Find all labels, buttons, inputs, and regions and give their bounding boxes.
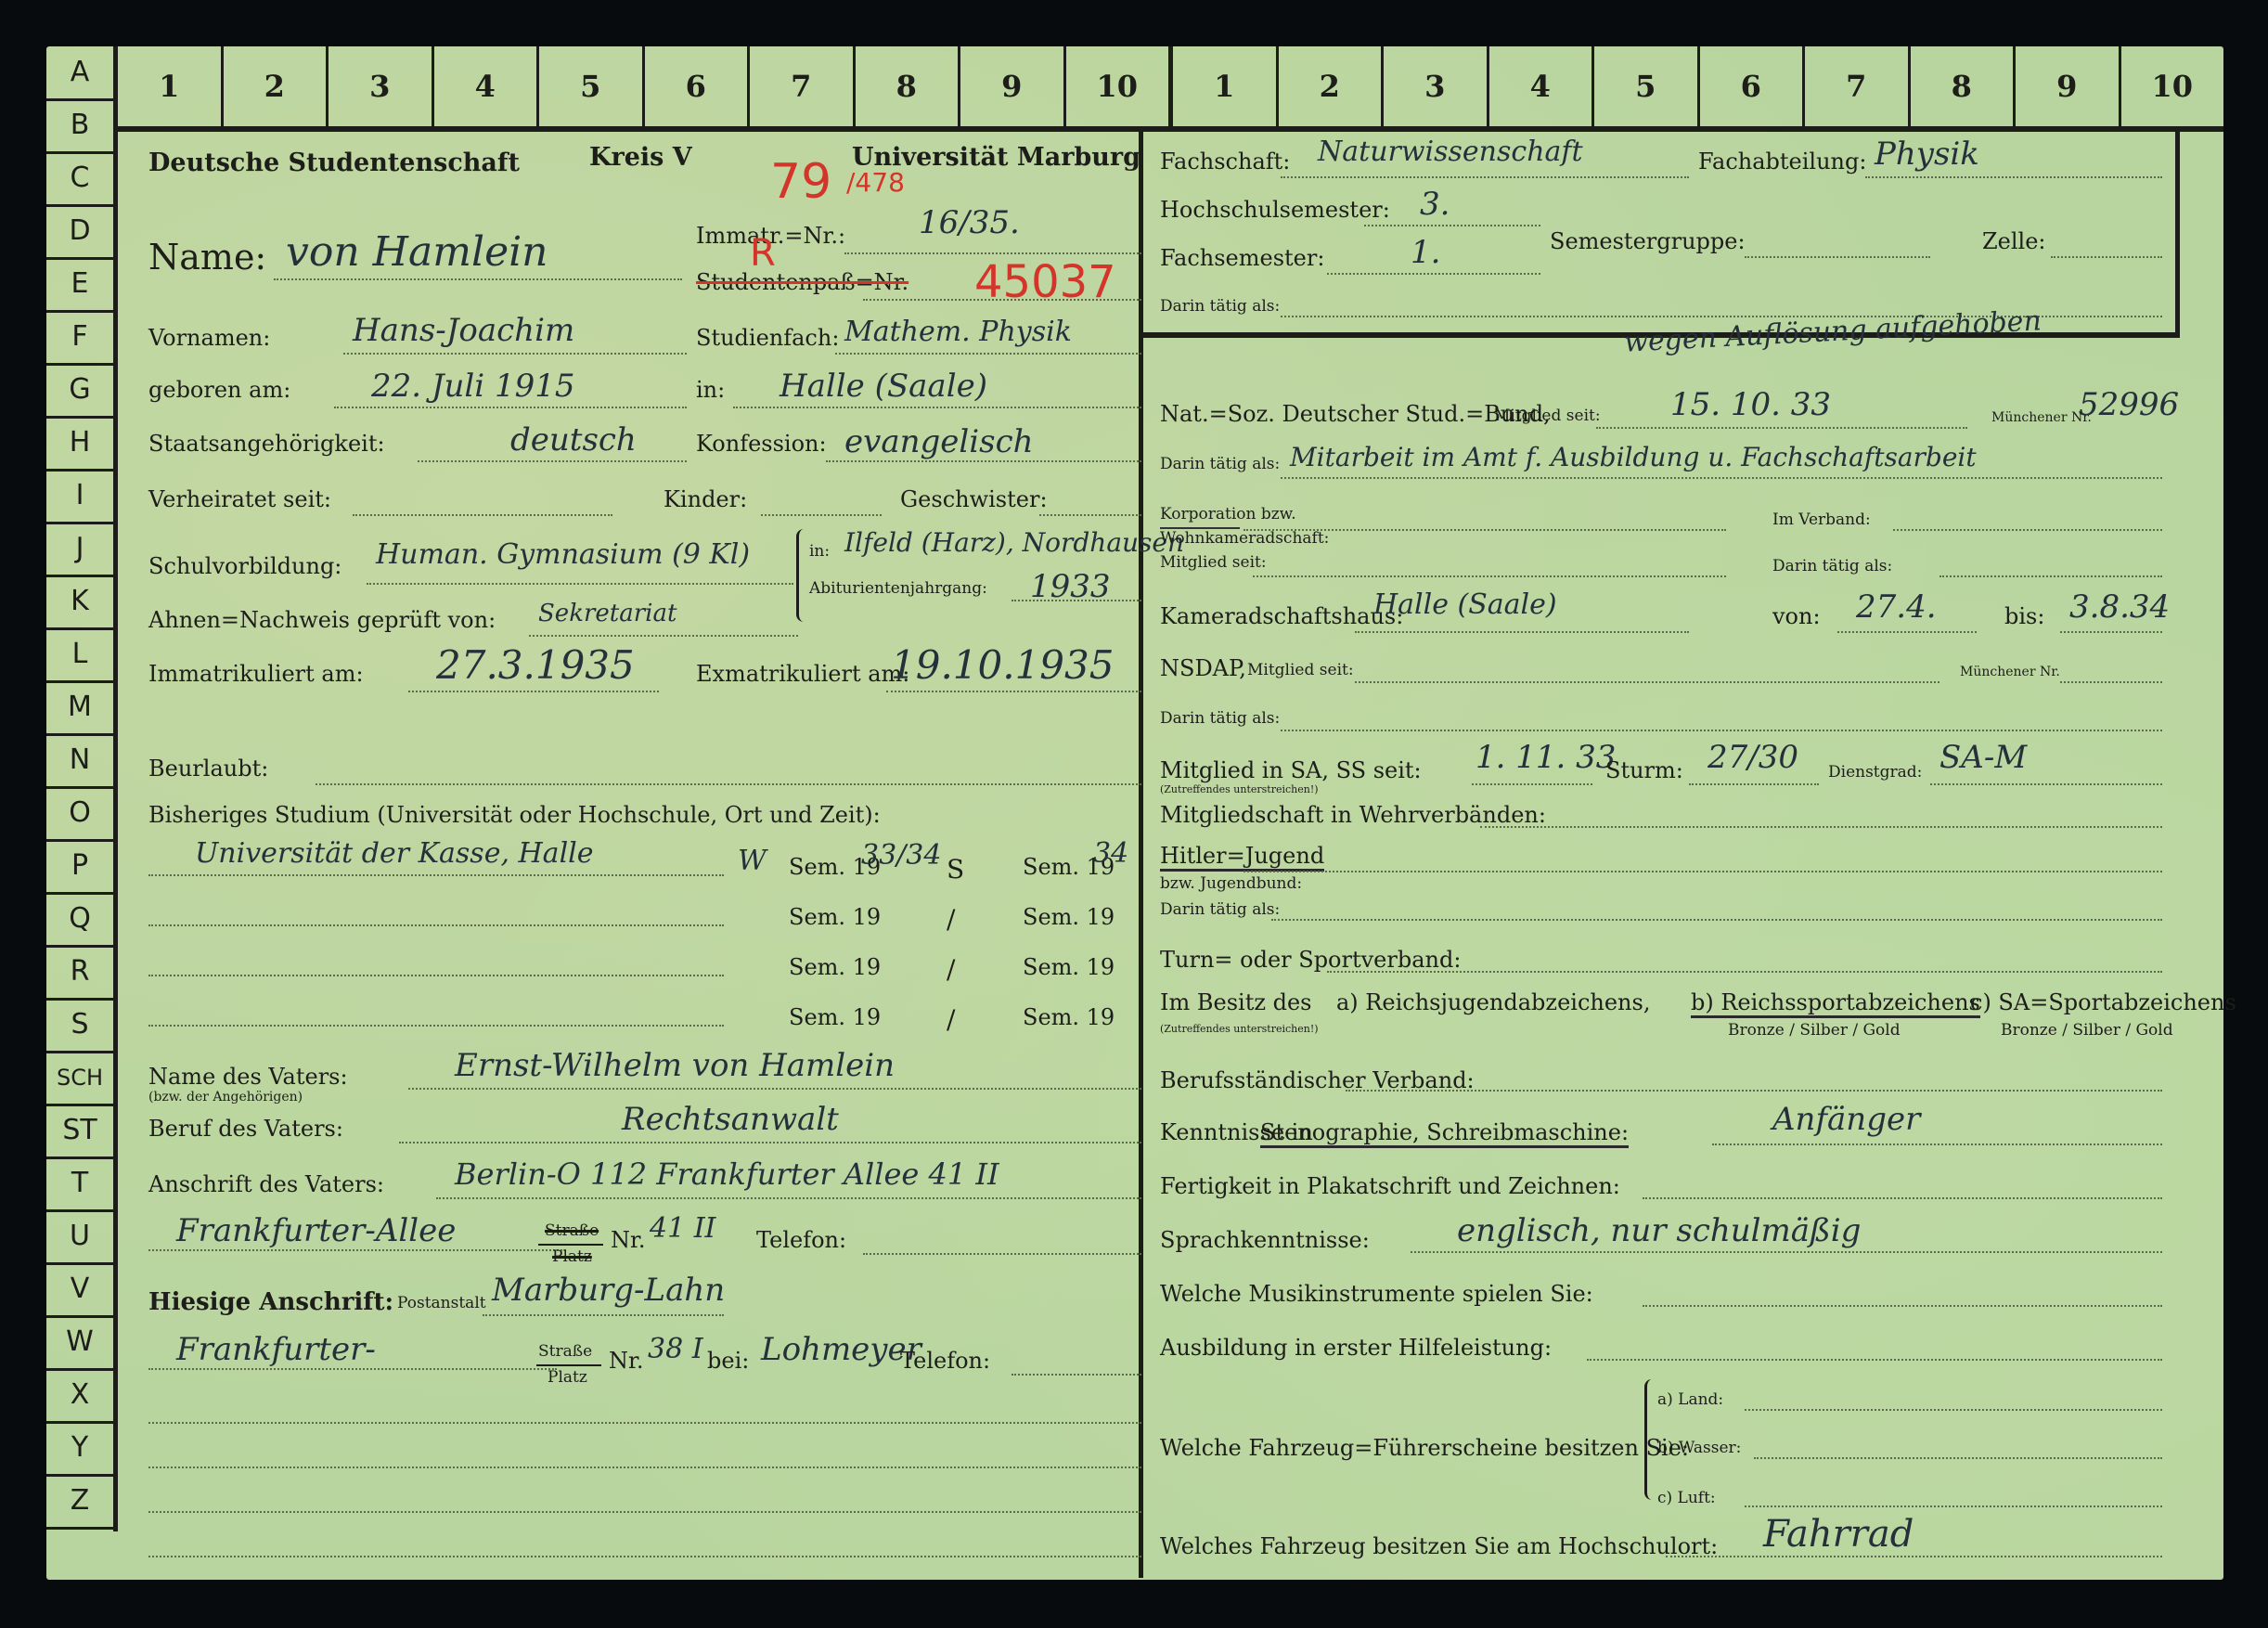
im-verband-label: Im Verband: — [1772, 510, 1871, 529]
wohnkameradschaft-label: Wohnkameradschaft: — [1160, 529, 1329, 548]
geboren-label: geboren am: — [148, 377, 290, 403]
vornamen-value: Hans-Joachim — [353, 312, 574, 349]
nsdstb-since-value: 15. 10. 33 — [1670, 386, 1831, 423]
medals-c: Bronze / Silber / Gold — [2001, 1021, 2173, 1040]
index-letter: W — [46, 1316, 113, 1371]
index-letter: O — [46, 787, 113, 842]
ahnen-nachweis-value: Sekretariat — [538, 600, 677, 627]
nsdstb-label: Nat.=Soz. Deutscher Stud.=Bund, — [1160, 401, 1551, 427]
bis-value: 3.8.34 — [2069, 588, 2170, 626]
red-file-number: 79 — [770, 154, 831, 210]
vater-beruf-value: Rechtsanwalt — [622, 1101, 839, 1138]
sem-separator: / — [947, 954, 955, 985]
hj-darin-label: Darin tätig als: — [1160, 900, 1280, 919]
sem-separator: / — [947, 904, 955, 935]
studentenpass-label: Studentenpaß=Nr. — [696, 269, 908, 295]
index-letter: Z — [46, 1475, 113, 1530]
schulvorbildung-label: Schulvorbildung: — [148, 553, 341, 579]
fachschaft-label: Fachschaft: — [1160, 149, 1290, 174]
besitz-sublabel: (Zutreffendes unterstreichen!) — [1160, 1023, 1319, 1035]
dotted-line — [148, 924, 724, 926]
bei-value: Lohmeyer — [761, 1331, 921, 1368]
index-letter: S — [46, 999, 113, 1053]
vater-anschrift-label: Anschrift des Vaters: — [148, 1171, 384, 1197]
wasser-label: b) Wasser: — [1657, 1439, 1741, 1457]
studentenpass-value: 45037 — [974, 256, 1116, 308]
university-title: Universität Marburg — [852, 143, 1140, 172]
dotted-line — [148, 1025, 724, 1027]
box-border — [2175, 132, 2180, 338]
von-label: von: — [1772, 603, 1821, 629]
sturm-label: Sturm: — [1605, 757, 1683, 783]
vater-name-label: Name des Vaters: — [148, 1064, 348, 1090]
sprachkenntnisse-label: Sprachkenntnisse: — [1160, 1227, 1370, 1253]
sem-label: Sem. 19 — [1023, 954, 1115, 980]
student-record-card: ABCDEFGHIJKLMNOPQRSSCHSTTUVWXYZ 12345678… — [46, 46, 2223, 1580]
nsdstb-taetigkeit-value: Mitarbeit im Amt f. Ausbildung u. Fachsc… — [1290, 442, 1977, 472]
index-number: 5 — [1594, 46, 1700, 126]
index-letter: K — [46, 575, 113, 630]
nsdap-label: NSDAP, — [1160, 655, 1246, 681]
index-letter: V — [46, 1263, 113, 1318]
index-number: 1 — [118, 46, 224, 126]
school-place-value: Ilfeld (Harz), Nordhausen — [844, 527, 1184, 558]
exmatrikuliert-value: 19.10.1935 — [891, 642, 1114, 688]
studium-place: Universität der Kasse, Halle — [195, 837, 594, 870]
korporation-darin-label: Darin tätig als: — [1772, 557, 1892, 575]
jugendbund-label: bzw. Jugendbund: — [1160, 874, 1302, 893]
studienfach-label: Studienfach: — [696, 325, 839, 351]
hochschulsemester-value: 3. — [1420, 186, 1450, 223]
medals-b: Bronze / Silber / Gold — [1728, 1021, 1901, 1040]
vater-nr-label: Nr. — [611, 1227, 645, 1253]
sem-year-a: 33/34 — [861, 839, 941, 872]
index-number: 2 — [1279, 46, 1385, 126]
bei-label: bei: — [707, 1348, 749, 1374]
sem-year-b: 34 — [1093, 837, 1128, 870]
sa-ss-label: Mitglied in SA, SS seit: — [1160, 757, 1422, 783]
hiesige-strasse-value: Frankfurter- — [176, 1331, 376, 1368]
musikinstrumente-label: Welche Musikinstrumente spielen Sie: — [1160, 1281, 1593, 1307]
index-letter: E — [46, 258, 113, 313]
index-letter: M — [46, 681, 113, 736]
index-letter: J — [46, 523, 113, 577]
zelle-label: Zelle: — [1982, 228, 2046, 254]
name-label: Name: — [148, 237, 266, 278]
sem-separator: S — [947, 854, 964, 885]
beurlaubt-label: Beurlaubt: — [148, 756, 268, 782]
index-number: 9 — [960, 46, 1066, 126]
korporation-label: Korporation bzw. — [1160, 505, 1296, 523]
vater-strasse-value: Frankfurter-Allee — [176, 1212, 456, 1249]
nsdstb-number-value: 52996 — [2079, 386, 2179, 423]
name-value: von Hamlein — [286, 228, 548, 276]
staatsangehoerigkeit-value: deutsch — [510, 421, 637, 459]
kameradschaftshaus-label: Kameradschaftshaus: — [1160, 603, 1403, 629]
vater-name-value: Ernst-Wilhelm von Hamlein — [455, 1047, 895, 1084]
reichssportabzeichen-option: b) Reichssportabzeichens — [1691, 989, 1980, 1018]
kameradschaftshaus-value: Halle (Saale) — [1373, 588, 1557, 621]
index-number: 6 — [1700, 46, 1806, 126]
land-label: a) Land: — [1657, 1390, 1723, 1409]
fachschaft-value: Naturwissenschaft — [1318, 136, 1583, 168]
index-number: 10 — [1066, 46, 1174, 126]
luft-label: c) Luft: — [1657, 1489, 1716, 1507]
reichsjugendabzeichen-option: a) Reichsjugendabzeichens, — [1336, 989, 1650, 1015]
studienfach-value: Mathem. Physik — [844, 316, 1072, 348]
verheiratet-label: Verheiratet seit: — [148, 486, 331, 512]
plakatschrift-label: Fertigkeit in Plakatschrift und Zeichnen… — [1160, 1173, 1620, 1199]
postanstalt-value: Marburg-Lahn — [492, 1272, 725, 1309]
vornamen-label: Vornamen: — [148, 325, 270, 351]
sturm-value: 27/30 — [1707, 739, 1798, 776]
hitler-jugend-label: Hitler=Jugend — [1160, 843, 1324, 872]
birthplace-value: Halle (Saale) — [780, 368, 987, 405]
aufgehoben-note: wegen Auflösung aufgehoben — [1623, 304, 2042, 359]
konfession-label: Konfession: — [696, 431, 827, 457]
column-divider — [1139, 132, 1143, 1578]
kreis-label: Kreis V — [589, 143, 692, 172]
sem-label: Sem. 19 — [789, 954, 881, 980]
hiesige-platz-label: Platz — [548, 1368, 587, 1387]
abiturientenjahrgang-value: 1933 — [1030, 568, 1111, 605]
index-letter: Q — [46, 893, 113, 948]
strasse-label: Straße — [545, 1221, 599, 1240]
sa-ss-sublabel: (Zutreffendes unterstreichen!) — [1160, 783, 1319, 795]
index-number: 7 — [1805, 46, 1911, 126]
vater-anschrift-value: Berlin-O 112 Frankfurter Allee 41 II — [455, 1156, 999, 1192]
index-number: 3 — [1384, 46, 1489, 126]
index-letter: D — [46, 205, 113, 260]
index-number: 1 — [1173, 46, 1279, 126]
sa-since-value: 1. 11. 33 — [1475, 739, 1616, 776]
fahrzeug-value: Fahrrad — [1763, 1513, 1914, 1556]
steno-label-b: Stenographie, Schreibmaschine: — [1260, 1119, 1629, 1148]
von-value: 27.4. — [1856, 588, 1937, 626]
index-number: 4 — [1489, 46, 1595, 126]
sem-label: Sem. 19 — [789, 904, 881, 930]
school-place-label: in: — [809, 542, 830, 561]
org-title: Deutsche Studentenschaft — [148, 149, 520, 177]
index-number: 7 — [750, 46, 856, 126]
fachsemester-label: Fachsemester: — [1160, 245, 1324, 271]
postanstalt-label: Postanstalt — [397, 1294, 486, 1312]
exmatrikuliert-label: Exmatrikuliert am: — [696, 661, 909, 687]
sprachkenntnisse-value: englisch, nur schulmäßig — [1457, 1212, 1861, 1249]
nsdap-darin-label: Darin tätig als: — [1160, 709, 1280, 728]
immatrikuliert-label: Immatrikuliert am: — [148, 661, 364, 687]
darin-taetig-label: Darin tätig als: — [1160, 297, 1280, 316]
dienstgrad-value: SA-M — [1939, 739, 2027, 776]
abiturientenjahrgang-label: Abiturientenjahrgang: — [809, 579, 987, 598]
fahrzeug-label: Welches Fahrzeug besitzen Sie am Hochsch… — [1160, 1533, 1718, 1559]
hiesige-nr-label: Nr. — [609, 1348, 643, 1374]
immatr-value: 16/35. — [919, 204, 1020, 241]
vater-name-sublabel: (bzw. der Angehörigen) — [148, 1090, 303, 1105]
index-letter: G — [46, 364, 113, 419]
geschwister-label: Geschwister: — [900, 486, 1048, 512]
studium-season: W — [738, 845, 767, 877]
brace — [1644, 1379, 1656, 1500]
vater-nr-value: 41 II — [650, 1212, 715, 1245]
nsdstb-mitglied-label: Mitglied seit: — [1494, 407, 1601, 425]
fachabteilung-label: Fachabteilung: — [1698, 149, 1866, 174]
index-letter: B — [46, 99, 113, 154]
index-number: 6 — [645, 46, 751, 126]
hiesige-nr-value: 38 I — [648, 1333, 703, 1365]
vater-telefon-label: Telefon: — [756, 1227, 846, 1253]
index-number: 10 — [2121, 46, 2224, 126]
index-number: 5 — [539, 46, 645, 126]
index-letter: I — [46, 470, 113, 524]
index-letter: X — [46, 1369, 113, 1424]
index-number: 8 — [856, 46, 961, 126]
ahnen-nachweis-label: Ahnen=Nachweis geprüft von: — [148, 607, 496, 633]
birthplace-label: in: — [696, 377, 725, 403]
index-letter: U — [46, 1210, 113, 1265]
konfession-value: evangelisch — [844, 423, 1034, 460]
index-letter: L — [46, 628, 113, 683]
immatrikuliert-value: 27.3.1935 — [436, 642, 635, 688]
mitglied-seit-label: Mitglied seit: — [1160, 553, 1267, 572]
brace — [796, 529, 808, 622]
index-number: 9 — [2016, 46, 2121, 126]
hiesige-strasse-label: Straße — [538, 1342, 592, 1361]
dotted-line — [148, 975, 724, 976]
geboren-value: 22. Juli 1915 — [371, 368, 575, 405]
index-letter: R — [46, 946, 113, 1001]
dotted-line — [148, 874, 724, 876]
index-letter: A — [46, 46, 113, 101]
steno-value: Anfänger — [1772, 1101, 1920, 1138]
nsdap-mitglied-label: Mitglied seit: — [1247, 661, 1354, 679]
platz-label: Platz — [552, 1247, 592, 1266]
nsdstb-darin-label: Darin tätig als: — [1160, 455, 1280, 473]
sem-label: Sem. 19 — [789, 1004, 881, 1030]
fachabteilung-value: Physik — [1875, 136, 1979, 173]
index-number: 3 — [329, 46, 434, 126]
index-letter: H — [46, 417, 113, 472]
semestergruppe-label: Semestergruppe: — [1550, 228, 1746, 254]
dienstgrad-label: Dienstgrad: — [1828, 763, 1922, 782]
index-letter: C — [46, 152, 113, 207]
kinder-label: Kinder: — [664, 486, 747, 512]
number-index-row: 1234567891012345678910 — [118, 46, 2223, 132]
erste-hilfe-label: Ausbildung in erster Hilfeleistung: — [1160, 1335, 1552, 1361]
index-letter: P — [46, 840, 113, 895]
sem-separator: / — [947, 1004, 955, 1035]
bisheriges-studium-label: Bisheriges Studium (Universität oder Hoc… — [148, 802, 881, 828]
wehrverbaende-label: Mitgliedschaft in Wehrverbänden: — [1160, 802, 1546, 828]
staatsangehoerigkeit-label: Staatsangehörigkeit: — [148, 431, 385, 457]
turn-sportverband-label: Turn= oder Sportverband: — [1160, 947, 1461, 973]
fachsemester-value: 1. — [1411, 234, 1440, 271]
fuehrerscheine-label: Welche Fahrzeug=Führerscheine besitzen S… — [1160, 1435, 1689, 1461]
hochschulsemester-label: Hochschulsemester: — [1160, 197, 1390, 223]
index-letter: T — [46, 1157, 113, 1212]
schulvorbildung-value: Human. Gymnasium (9 Kl) — [376, 538, 750, 571]
index-letter: ST — [46, 1105, 113, 1159]
hiesige-anschrift-label: Hiesige Anschrift: — [148, 1288, 393, 1316]
index-number: 2 — [224, 46, 329, 126]
index-letter: SCH — [46, 1052, 113, 1106]
bis-label: bis: — [2004, 603, 2044, 629]
sem-label: Sem. 19 — [1023, 904, 1115, 930]
index-number: 8 — [1911, 46, 2017, 126]
nsdstb-muenchener-label: Münchener Nr. — [1991, 410, 2092, 425]
index-letter: F — [46, 311, 113, 366]
index-number: 4 — [434, 46, 540, 126]
nsdap-muenchener-label: Münchener Nr. — [1960, 665, 2060, 679]
index-letter: Y — [46, 1422, 113, 1477]
besitz-label: Im Besitz des — [1160, 989, 1312, 1015]
hiesige-telefon-label: Telefon: — [900, 1348, 990, 1374]
index-letter: N — [46, 734, 113, 789]
sa-sportabzeichen-option: c) SA=Sportabzeichens — [1970, 989, 2236, 1015]
alphabet-index: ABCDEFGHIJKLMNOPQRSSCHSTTUVWXYZ — [46, 46, 118, 1531]
vater-beruf-label: Beruf des Vaters: — [148, 1116, 343, 1142]
sem-label: Sem. 19 — [1023, 1004, 1115, 1030]
